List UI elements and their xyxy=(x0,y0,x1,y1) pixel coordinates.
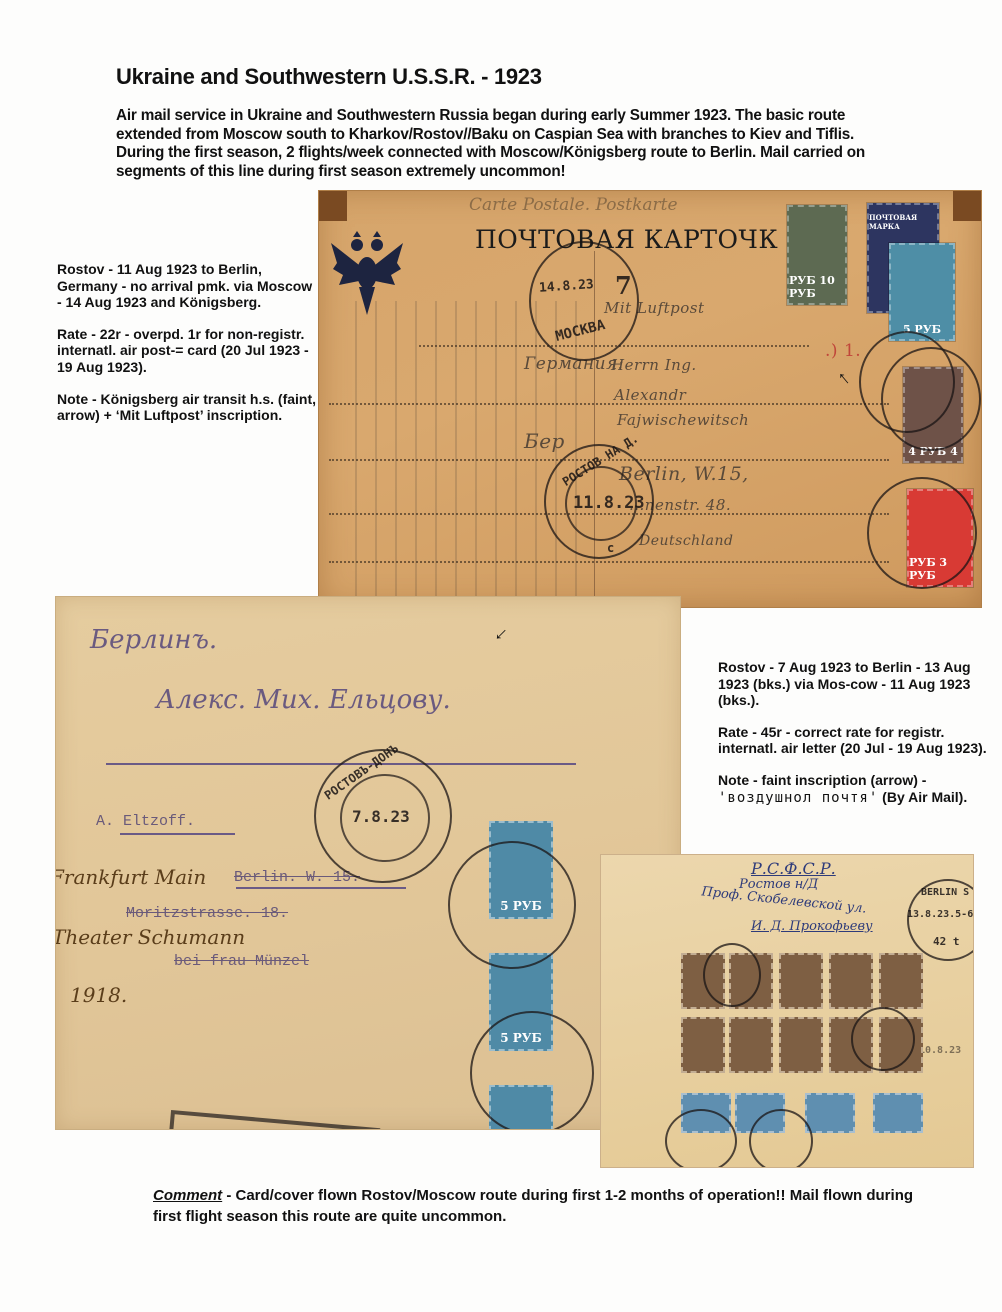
page-title: Ukraine and Southwestern U.S.S.R. - 1923 xyxy=(116,64,542,90)
postmark xyxy=(703,943,761,1007)
redirect-care: Theater Schumann xyxy=(55,925,245,949)
berlin-cancel-city: BERLIN S xyxy=(921,887,969,898)
postmark xyxy=(851,1007,915,1071)
cover-back-image: Р.С.Ф.С.Р. Ростов н/Д Проф. Скобелевской… xyxy=(600,854,974,1168)
postcard-description: Rostov - 11 Aug 1923 to Berlin, Germany … xyxy=(57,261,317,439)
postcard-header-script: Carte Postale. Postkarte xyxy=(469,195,678,215)
rostov-cancel-date: 11.8.23 xyxy=(573,493,645,513)
postmark xyxy=(665,1109,737,1168)
city-handwriting: Берлинъ. xyxy=(90,625,217,655)
comment: Comment - Card/cover flown Rostov/Moscow… xyxy=(153,1185,913,1227)
postmark xyxy=(881,347,981,451)
photo-corner xyxy=(319,191,347,221)
struck-city: Berlin. W. 15. xyxy=(234,869,360,886)
arrow-icon: ↑ xyxy=(489,623,512,646)
red-marking: .) 1. xyxy=(825,341,861,361)
cover-front-image: Берлинъ. Алекс. Мих. Ельцову. ↑ A. Eltzo… xyxy=(55,596,681,1130)
transit-cancel-date: 10.8.23 xyxy=(919,1045,961,1056)
address-line: Fajwischewitsch xyxy=(617,411,749,429)
redirect-city: Frankfurt Main xyxy=(55,865,206,889)
struck-care: bei frau Münzel xyxy=(174,953,309,970)
moscow-cancel xyxy=(529,241,639,361)
back-handwriting: Р.С.Ф.С.Р. xyxy=(751,859,836,878)
postmark xyxy=(867,477,977,589)
stamp-5-rub: 5 РУБ xyxy=(889,243,955,341)
struck-street: Moritzstrasse. 18. xyxy=(126,905,288,922)
stamp-10-rub: РУБ 10 РУБ xyxy=(787,205,847,305)
intro-paragraph: Air mail service in Ukraine and Southwes… xyxy=(116,107,906,181)
berlin-cancel-number: 42 t xyxy=(933,935,960,948)
postmark xyxy=(749,1109,813,1168)
cover-description: Rostov - 7 Aug 1923 to Berlin - 13 Aug 1… xyxy=(718,659,988,821)
cover-route: Rostov - 7 Aug 1923 to Berlin - 13 Aug 1… xyxy=(718,659,988,709)
postcard-image: Carte Postale. Postkarte ПОЧТОВАЯ КАРТОЧ… xyxy=(318,190,982,608)
photo-corner xyxy=(953,191,981,221)
cover-note: Note - faint inscription (arrow) - 'возд… xyxy=(718,772,988,806)
comment-text: - Card/cover flown Rostov/Moscow route d… xyxy=(153,1187,913,1225)
cancel-date: 7.8.23 xyxy=(352,807,410,826)
rostov-cancel-letter: с xyxy=(607,541,614,555)
cover-rate: Rate - 45r - correct rate for registr. i… xyxy=(718,724,988,757)
typed-name: A. Eltzoff. xyxy=(96,813,195,830)
name-handwriting: Алекс. Мих. Ельцову. xyxy=(156,685,451,715)
postmark xyxy=(470,1011,594,1130)
moscow-cancel-number: 7 xyxy=(615,271,632,300)
postcard-heading: ПОЧТОВАЯ КАРТОЧК xyxy=(475,225,778,254)
postcard-note: Note - Königsberg air transit h.s. (fain… xyxy=(57,391,317,424)
back-handwriting: И. Д. Прокофьеву xyxy=(751,919,873,934)
postmark xyxy=(448,841,576,969)
arrow-icon: ↑ xyxy=(833,366,855,390)
postcard-route: Rostov - 11 Aug 1923 to Berlin, Germany … xyxy=(57,261,317,311)
address-line: Herrn Ing. xyxy=(611,356,697,374)
berlin-cancel-date: 13.8.23.5-6V xyxy=(907,909,974,920)
registration-label: ROSTOV D/M 1 xyxy=(166,1110,381,1130)
postcard-rate: Rate - 22r - overpd. 1r for non-registr.… xyxy=(57,326,317,376)
address-line: Бер xyxy=(524,429,565,453)
address-line: Deutschland xyxy=(639,533,734,549)
address-line: Alexandr xyxy=(614,386,686,404)
comment-label: Comment xyxy=(153,1187,222,1204)
handwritten-note: 1918. xyxy=(70,983,127,1007)
